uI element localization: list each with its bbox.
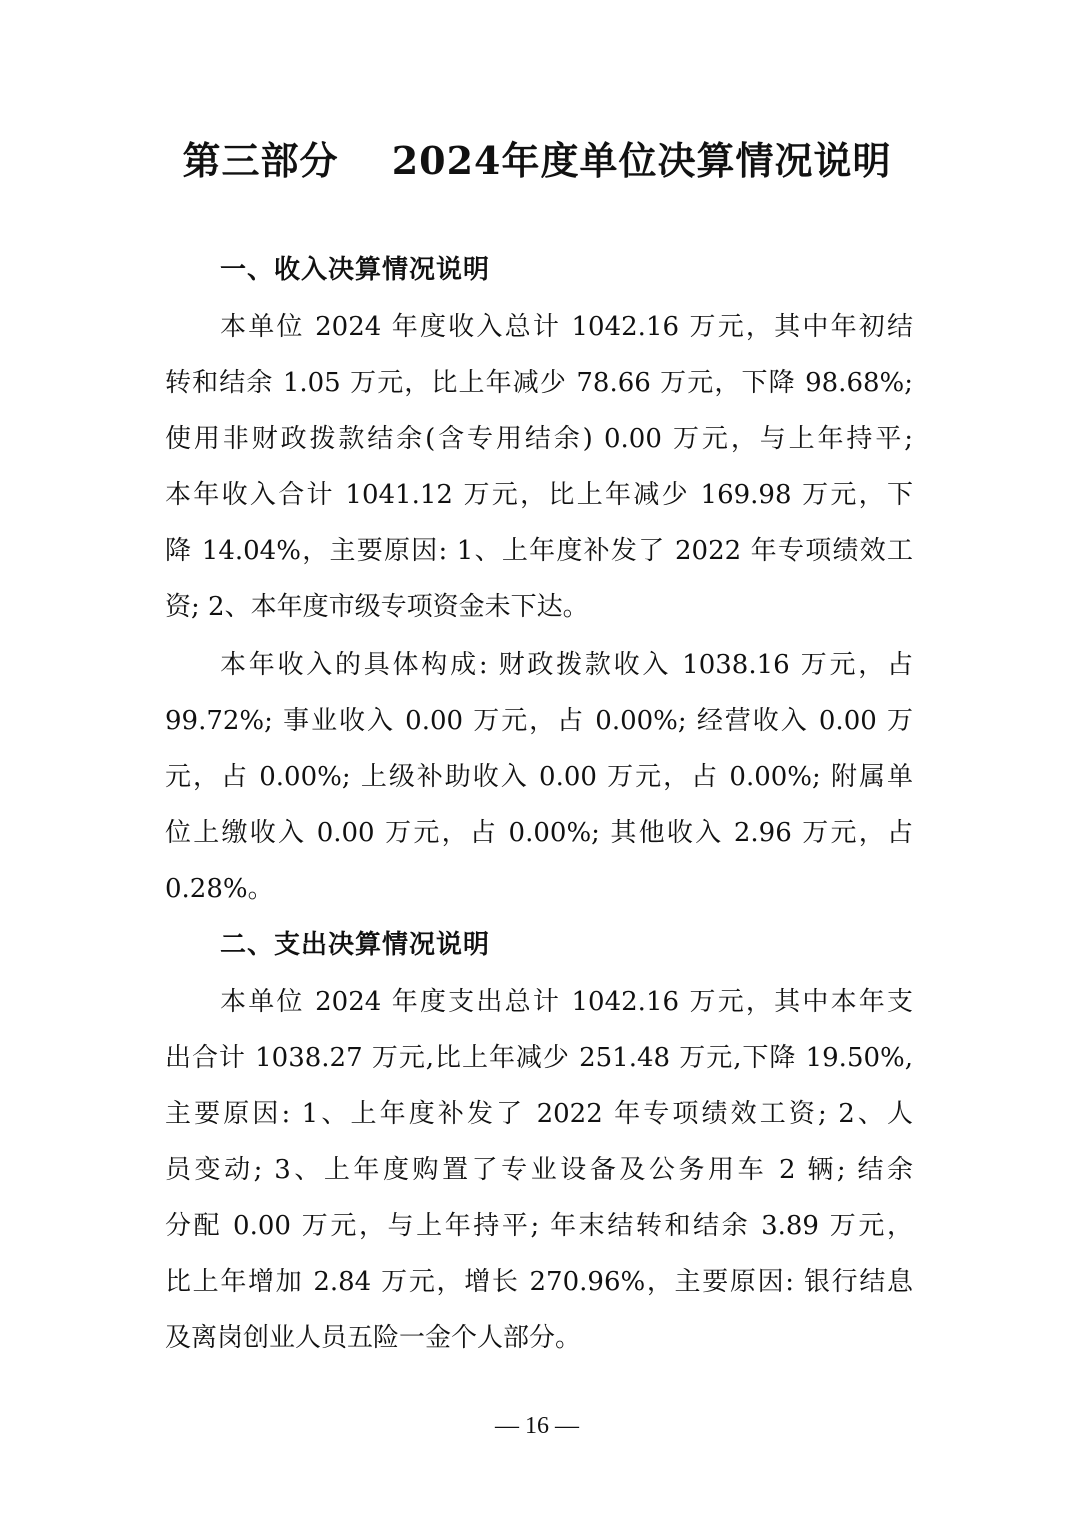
paragraph-line: 99.72%; 事业收入 0.00 万元，占 0.00%; 经营收入 0.00 … <box>165 701 913 741</box>
section-heading-income: 一、收入决算情况说明 <box>220 250 490 290</box>
paragraph-line: 转和结余 1.05 万元，比上年减少 78.66 万元，下降 98.68%; <box>165 363 913 403</box>
paragraph-line: 本年收入的具体构成: 财政拨款收入 1038.16 万元，占 <box>220 645 913 685</box>
paragraph-line: 元，占 0.00%; 上级补助收入 0.00 万元，占 0.00%; 附属单 <box>165 757 913 797</box>
paragraph-line: 降 14.04%，主要原因: 1、上年度补发了 2022 年专项绩效工 <box>165 531 913 571</box>
page-title: 第三部分 2024年度单位决算情况说明 <box>0 133 1074 189</box>
paragraph-line: 资; 2、本年度市级专项资金未下达。 <box>165 587 913 627</box>
section-heading-expenditure: 二、支出决算情况说明 <box>220 925 490 965</box>
paragraph-line: 使用非财政拨款结余(含专用结余) 0.00 万元，与上年持平; <box>165 419 913 459</box>
paragraph-line: 分配 0.00 万元，与上年持平; 年末结转和结余 3.89 万元， <box>165 1206 913 1246</box>
paragraph-line: 本单位 2024 年度支出总计 1042.16 万元，其中本年支 <box>220 982 913 1022</box>
paragraph-line: 主要原因: 1、上年度补发了 2022 年专项绩效工资; 2、人 <box>165 1094 913 1134</box>
document-page: 第三部分 2024年度单位决算情况说明 一、收入决算情况说明 本单位 2024 … <box>0 0 1074 1520</box>
page-number: — 16 — <box>0 1408 1074 1444</box>
paragraph-line: 本单位 2024 年度收入总计 1042.16 万元，其中年初结 <box>220 307 913 347</box>
paragraph-line: 出合计 1038.27 万元,比上年减少 251.48 万元,下降 19.50%… <box>165 1038 913 1078</box>
paragraph-line: 员变动; 3、上年度购置了专业设备及公务用车 2 辆; 结余 <box>165 1150 913 1190</box>
paragraph-line: 位上缴收入 0.00 万元，占 0.00%; 其他收入 2.96 万元，占 <box>165 813 913 853</box>
paragraph-line: 0.28%。 <box>165 869 913 909</box>
paragraph-line: 及离岗创业人员五险一金个人部分。 <box>165 1318 913 1358</box>
paragraph-line: 比上年增加 2.84 万元，增长 270.96%，主要原因: 银行结息 <box>165 1262 913 1302</box>
paragraph-line: 本年收入合计 1041.12 万元，比上年减少 169.98 万元，下 <box>165 475 913 515</box>
